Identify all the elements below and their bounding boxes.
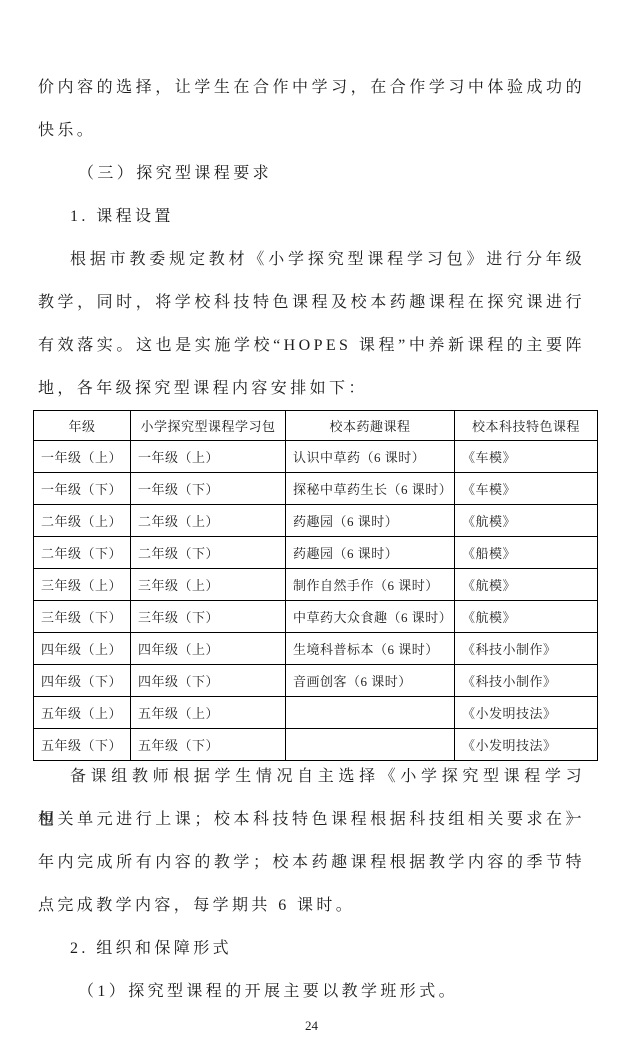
body-line: 备课组教师根据学生情况自主选择《小学探究型课程学习包》 <box>38 755 585 798</box>
sub-heading: 1. 课程设置 <box>38 195 585 238</box>
col-header-tech-course: 校本科技特色课程 <box>455 411 598 441</box>
body-line: 年内完成所有内容的教学；校本药趣课程根据教学内容的季节特 <box>38 841 585 884</box>
table-cell: 四年级（下） <box>34 665 131 697</box>
table-cell: 药趣园（6 课时） <box>286 537 455 569</box>
table-cell: 五年级（上） <box>131 697 286 729</box>
table-cell <box>286 697 455 729</box>
body-line: 教学，同时，将学校科技特色课程及校本药趣课程在探究课进行 <box>38 281 585 324</box>
table-row: 五年级（上） 五年级（上） 《小发明技法》 <box>34 697 598 729</box>
table-cell: 制作自然手作（6 课时） <box>286 569 455 601</box>
body-line: 有效落实。这也是实施学校“HOPES 课程”中养新课程的主要阵 <box>38 324 585 367</box>
table-cell: 三年级（上） <box>34 569 131 601</box>
curriculum-table: 年级 小学探究型课程学习包 校本药趣课程 校本科技特色课程 一年级（上） 一年级… <box>33 410 598 761</box>
table-cell: 《小发明技法》 <box>455 697 598 729</box>
table-cell: 《科技小制作》 <box>455 633 598 665</box>
table-cell: 四年级（下） <box>131 665 286 697</box>
table-header-row: 年级 小学探究型课程学习包 校本药趣课程 校本科技特色课程 <box>34 411 598 441</box>
table-cell: 《车模》 <box>455 473 598 505</box>
table-row: 三年级（上） 三年级（上） 制作自然手作（6 课时） 《航模》 <box>34 569 598 601</box>
table-row: 三年级（下） 三年级（下） 中草药大众食趣（6 课时） 《航模》 <box>34 601 598 633</box>
table-cell: 三年级（上） <box>131 569 286 601</box>
table-cell: 《科技小制作》 <box>455 665 598 697</box>
table-cell: 音画创客（6 课时） <box>286 665 455 697</box>
table-cell: 药趣园（6 课时） <box>286 505 455 537</box>
table-cell: 二年级（下） <box>34 537 131 569</box>
table-cell: 四年级（上） <box>131 633 286 665</box>
body-line: 价内容的选择，让学生在合作中学习，在合作学习中体验成功的 <box>38 66 585 109</box>
col-header-grade: 年级 <box>34 411 131 441</box>
table-cell: 《船模》 <box>455 537 598 569</box>
table-row: 四年级（下） 四年级（下） 音画创客（6 课时） 《科技小制作》 <box>34 665 598 697</box>
table-row: 一年级（下） 一年级（下） 探秘中草药生长（6 课时） 《车模》 <box>34 473 598 505</box>
table-cell: 一年级（下） <box>131 473 286 505</box>
table-cell: 一年级（上） <box>131 441 286 473</box>
table-cell: 《航模》 <box>455 569 598 601</box>
body-line: 快乐。 <box>38 109 585 152</box>
table-cell: 《车模》 <box>455 441 598 473</box>
table-cell: 一年级（上） <box>34 441 131 473</box>
col-header-herb-course: 校本药趣课程 <box>286 411 455 441</box>
table-cell: 《航模》 <box>455 505 598 537</box>
body-line: 相关单元进行上课；校本科技特色课程根据科技组相关要求在一 <box>38 798 585 841</box>
sub-heading: 2. 组织和保障形式 <box>38 927 585 970</box>
body-line: 点完成教学内容，每学期共 6 课时。 <box>38 884 585 927</box>
table-cell: 二年级（上） <box>131 505 286 537</box>
table-row: 一年级（上） 一年级（上） 认识中草药（6 课时） 《车模》 <box>34 441 598 473</box>
col-header-learning-package: 小学探究型课程学习包 <box>131 411 286 441</box>
table-cell: 探秘中草药生长（6 课时） <box>286 473 455 505</box>
table-cell: 五年级（上） <box>34 697 131 729</box>
body-line: 根据市教委规定教材《小学探究型课程学习包》进行分年级 <box>38 238 585 281</box>
table-cell: 三年级（下） <box>131 601 286 633</box>
table-row: 二年级（下） 二年级（下） 药趣园（6 课时） 《船模》 <box>34 537 598 569</box>
table-cell: 《航模》 <box>455 601 598 633</box>
body-line: （1）探究型课程的开展主要以教学班形式。 <box>38 970 585 1013</box>
table-row: 四年级（上） 四年级（上） 生境科普标本（6 课时） 《科技小制作》 <box>34 633 598 665</box>
table-cell: 三年级（下） <box>34 601 131 633</box>
table-cell: 认识中草药（6 课时） <box>286 441 455 473</box>
table-cell: 生境科普标本（6 课时） <box>286 633 455 665</box>
table-cell: 中草药大众食趣（6 课时） <box>286 601 455 633</box>
table-cell: 四年级（上） <box>34 633 131 665</box>
table-cell: 二年级（上） <box>34 505 131 537</box>
document-page: 价内容的选择，让学生在合作中学习，在合作学习中体验成功的 快乐。 （三）探究型课… <box>0 0 621 1038</box>
page-number: 24 <box>38 1013 585 1038</box>
body-line: 地，各年级探究型课程内容安排如下： <box>38 367 585 410</box>
section-heading: （三）探究型课程要求 <box>38 152 585 195</box>
table-cell: 一年级（下） <box>34 473 131 505</box>
table-row: 二年级（上） 二年级（上） 药趣园（6 课时） 《航模》 <box>34 505 598 537</box>
table-cell: 二年级（下） <box>131 537 286 569</box>
page-content: 价内容的选择，让学生在合作中学习，在合作学习中体验成功的 快乐。 （三）探究型课… <box>0 0 621 1038</box>
